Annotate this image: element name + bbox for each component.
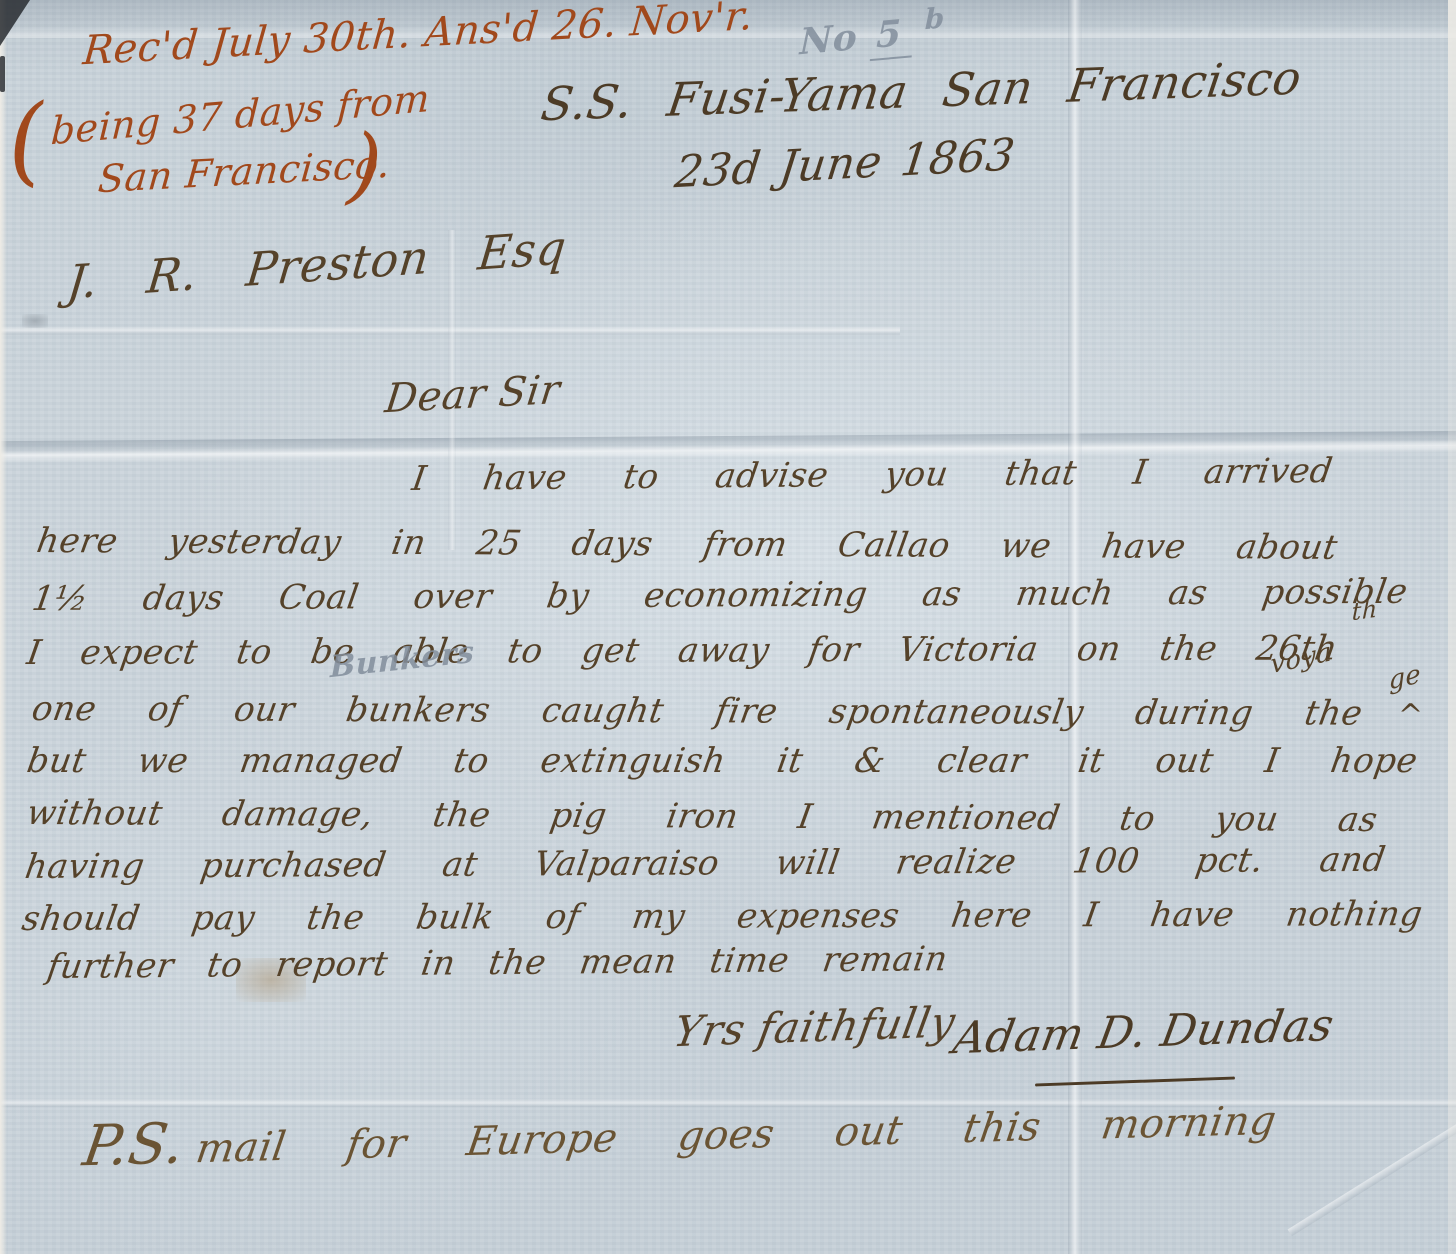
scan-edge-right-strip	[1448, 0, 1456, 1254]
body-line-3: 1½ days Coal over by economizing as much…	[30, 575, 1410, 618]
archival-number-prefix: No	[799, 16, 857, 63]
margin-insertion-voyage-part2: ge	[1388, 661, 1422, 695]
paper-smudge-left	[22, 314, 48, 328]
signature-underline-flourish	[1035, 1077, 1235, 1087]
valediction: Yrs faithfully	[670, 1000, 959, 1054]
body-line-10: further to report in the mean time remai…	[45, 942, 950, 986]
body-line-5: one of our bunkers caught fire spontaneo…	[29, 692, 1365, 732]
superscript-th-over-26: th	[1352, 596, 1378, 625]
body-line-6: but we managed to extinguish it & clear …	[24, 744, 1420, 780]
fold-crease-horizontal-faint	[0, 326, 900, 336]
letter-scan-page: Rec'd July 30th. Ans'd 26. Nov'r. ( bein…	[0, 0, 1456, 1254]
postscript-prefix: P.S.	[79, 1111, 189, 1179]
archival-number: No 5 b	[799, 3, 945, 62]
heading-date: 23d June 1863	[672, 132, 1017, 196]
postscript-line: P.S. mail for Europe goes out this morni…	[79, 1087, 1281, 1177]
fold-crease-vertical-main	[1068, 0, 1082, 1254]
scan-corner-dark-top-left	[0, 0, 30, 46]
postscript-text: mail for Europe goes out this morning	[193, 1100, 1279, 1170]
body-line-8: having purchased at Valparaiso will real…	[23, 843, 1388, 886]
body-line-4: I expect to be able to get away for Vict…	[24, 631, 1340, 671]
wrinkle-diagonal-bottom-right	[1288, 1092, 1456, 1237]
body-line-9: should pay the bulk of my expenses here …	[19, 897, 1425, 938]
body-line-7: without damage, the pig iron I mentioned…	[24, 796, 1380, 839]
received-note-paren-close: )	[346, 120, 385, 210]
signature: Adam D. Dundas	[950, 1003, 1337, 1063]
body-line-1: I have to advise you that I arrived	[410, 454, 1335, 498]
archival-number-value: 5	[870, 11, 912, 61]
archival-number-suffix: b	[925, 1, 946, 36]
heading-ship-place: S.S. Fusi-Yama San Francisco	[538, 53, 1304, 128]
addressee-line: J. R. Preston Esq	[65, 223, 569, 307]
scan-edge-left-sliver	[0, 0, 7, 1254]
insertion-caret: ^	[1398, 700, 1424, 732]
body-line-2: here yesterday in 25 days from Callao we…	[34, 524, 1340, 566]
received-note-paren-open: (	[4, 89, 49, 192]
received-note-line1: Rec'd July 30th. Ans'd 26. Nov'r.	[81, 0, 755, 72]
salutation: Dear Sir	[383, 369, 563, 420]
